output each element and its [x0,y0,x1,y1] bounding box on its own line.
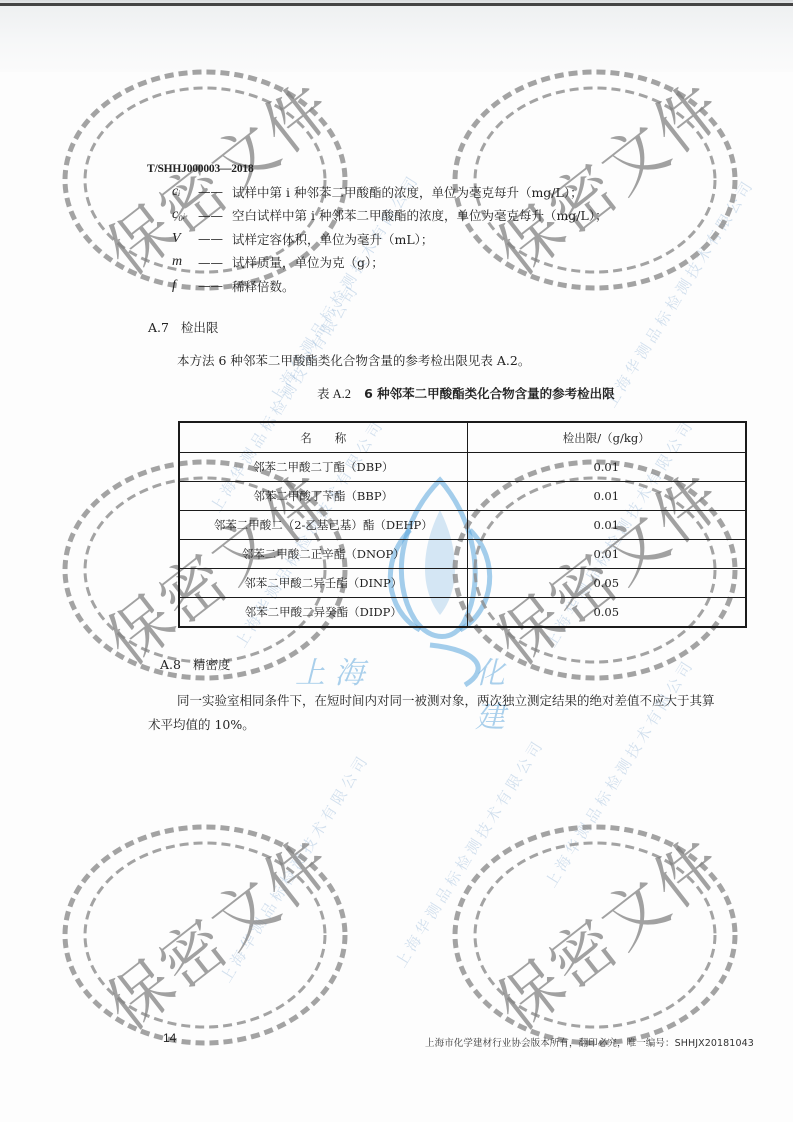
column-header-name: 名 称 [179,422,467,453]
definition-dash: —— [198,208,232,223]
column-header-limit: 检出限/（g/kg） [467,422,746,453]
scan-edge-line [0,3,793,6]
table-row: 邻苯二甲酸二异癸酯（DIDP） 0.05 [179,598,746,628]
definition-symbol: cᵢ [172,184,198,200]
definition-dash: —— [198,184,232,199]
section-number: A.8 [160,657,181,672]
confidential-stamp: 保密文件 [445,815,745,1055]
definition-text: 空白试样中第 i 种邻苯二甲酸酯的浓度，单位为毫克每升（mg/L）； [232,206,608,224]
definition-dash: —— [198,255,232,270]
company-watermark: 上海华测品标检测技术有限公司 [390,734,549,971]
stamp-text: 保密文件 [474,815,736,1048]
compound-name: 邻苯二甲酸二正辛酯（DNOP） [179,540,467,569]
compound-name: 邻苯二甲酸二（2-乙基己基）酯（DEHP） [179,511,467,540]
table-row: 邻苯二甲酸二正辛酯（DNOP） 0.01 [179,540,746,569]
stamp-text: 保密文件 [84,815,346,1048]
detection-limit: 0.01 [467,482,746,511]
scan-top-band [0,0,793,72]
compound-name: 邻苯二甲酸二丁酯（DBP） [179,453,467,482]
section-title: 检出限 [181,320,219,335]
page-number: 14 [163,1031,176,1045]
definition-symbol: m [172,254,198,270]
detection-limit: 0.05 [467,598,746,628]
detection-limit: 0.01 [467,511,746,540]
definition-text: 试样中第 i 种邻苯二甲酸酯的浓度，单位为毫克每升（mg/L）； [232,183,583,201]
definition-symbol: c₀ᵢ [172,207,198,223]
detection-limit-table: 名 称 检出限/（g/kg） 邻苯二甲酸二丁酯（DBP） 0.01 邻苯二甲酸丁… [178,421,747,628]
section-heading-a7: A.7 检出限 [148,318,218,336]
confidential-stamp: 保密文件 [55,815,355,1055]
definition-text: 试样质量，单位为克（g）； [232,253,384,271]
definition-row: V —— 试样定容体积，单位为毫升（mL）； [172,227,608,251]
detection-limit: 0.05 [467,569,746,598]
definition-symbol: f [172,278,198,294]
document-code: T/SHHJ000003—2018 [147,163,254,175]
logo-text-left: 上 海 [295,648,365,692]
table-caption: 表 A.2 6 种邻苯二甲酸酯类化合物含量的参考检出限 [317,384,615,402]
detection-limit: 0.01 [467,540,746,569]
definition-row: m —— 试样质量，单位为克（g）； [172,251,608,275]
company-watermark: 上海华测品标检测技术有限公司 [215,749,374,986]
definition-dash: —— [198,231,232,246]
definition-row: f —— 稀释倍数。 [172,274,608,298]
table-row: 邻苯二甲酸二丁酯（DBP） 0.01 [179,453,746,482]
detection-limit: 0.01 [467,453,746,482]
section-a8-paragraph-line1: 同一实验室相同条件下，在短时间内对同一被测对象，两次独立测定结果的绝对差值不应大… [177,688,715,713]
table-row: 邻苯二甲酸丁苄酯（BBP） 0.01 [179,482,746,511]
table-row: 邻苯二甲酸二异壬酯（DINP） 0.05 [179,569,746,598]
compound-name: 邻苯二甲酸二异壬酯（DINP） [179,569,467,598]
table-number: 表 A.2 [317,387,351,401]
variable-definitions: cᵢ —— 试样中第 i 种邻苯二甲酸酯的浓度，单位为毫克每升（mg/L）； c… [172,180,608,298]
table-row: 邻苯二甲酸二（2-乙基己基）酯（DEHP） 0.01 [179,511,746,540]
definition-dash: —— [198,278,232,293]
section-title: 精密度 [193,657,231,672]
compound-name: 邻苯二甲酸二异癸酯（DIDP） [179,598,467,628]
section-a7-paragraph: 本方法 6 种邻苯二甲酸酯类化合物含量的参考检出限见表 A.2。 [177,348,530,373]
copyright-notice: 上海市化学建材行业协会版本所有，翻印必究，唯一编号：SHHJX20181043 [425,1035,754,1049]
definition-row: cᵢ —— 试样中第 i 种邻苯二甲酸酯的浓度，单位为毫克每升（mg/L）； [172,180,608,204]
definition-text: 稀释倍数。 [232,277,295,295]
table-title: 6 种邻苯二甲酸酯类化合物含量的参考检出限 [364,386,615,401]
section-number: A.7 [148,320,169,335]
section-a8-paragraph-line2: 术平均值的 10%。 [148,712,255,737]
definition-text: 试样定容体积，单位为毫升（mL）； [232,230,433,248]
table-header-row: 名 称 检出限/（g/kg） [179,422,746,453]
section-heading-a8: A.8 精密度 [160,655,230,673]
company-watermark: 上海华测品标检测技术有限公司 [600,174,759,411]
compound-name: 邻苯二甲酸丁苄酯（BBP） [179,482,467,511]
definition-symbol: V [172,231,198,247]
definition-row: c₀ᵢ —— 空白试样中第 i 种邻苯二甲酸酯的浓度，单位为毫克每升（mg/L）… [172,204,608,228]
